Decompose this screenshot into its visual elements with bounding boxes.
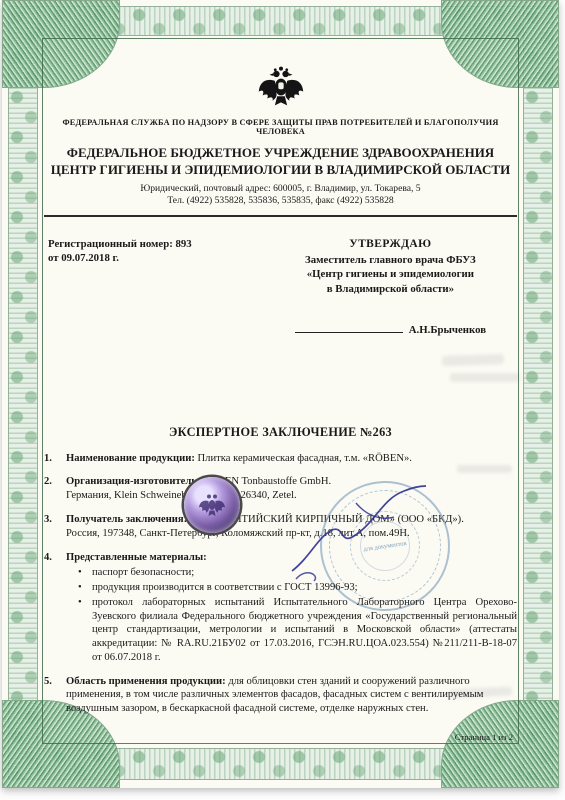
border-band-left — [8, 6, 38, 780]
item-text: Плитка керамическая фасадная, т.м. «RÖBE… — [198, 453, 412, 464]
approval-line3: в Владимирской области» — [264, 282, 517, 297]
item-label: Представленные материалы: — [66, 552, 207, 563]
bullet-item: продукция производится в соответствии с … — [66, 581, 517, 595]
registration-date: от 09.07.2018 г. — [48, 251, 264, 266]
holographic-seal — [184, 477, 240, 533]
materials-bullet-list: паспорт безопасности; продукция производ… — [66, 566, 517, 664]
org-phone: Тел. (4922) 535828, 535836, 535835, факс… — [44, 195, 517, 207]
approval-block: УТВЕРЖДАЮ Заместитель главного врача ФБУ… — [264, 237, 517, 415]
signature-row: А.Н.Брыченков — [264, 323, 517, 338]
handwritten-signature — [286, 467, 446, 582]
approval-word: УТВЕРЖДАЮ — [264, 237, 517, 253]
federal-service-line: ФЕДЕРАЛЬНАЯ СЛУЖБА ПО НАДЗОРУ В СФЕРЕ ЗА… — [44, 118, 517, 136]
item-number: 3. — [44, 513, 66, 541]
bullet-item: паспорт безопасности; — [66, 566, 517, 580]
item-number: 2. — [44, 475, 66, 503]
signatory-name: А.Н.Брыченков — [409, 324, 486, 336]
approval-line1: Заместитель главного врача ФБУЗ — [264, 253, 517, 268]
item-label: Область применения продукции: — [66, 676, 226, 687]
org-name-line2: ЦЕНТР ГИГИЕНЫ И ЭПИДЕМИОЛОГИИ В ВЛАДИМИР… — [44, 162, 517, 179]
registration-block: Регистрационный номер: 893 от 09.07.2018… — [44, 237, 264, 415]
organization-name: ФЕДЕРАЛЬНОЕ БЮДЖЕТНОЕ УЧРЕЖДЕНИЕ ЗДРАВОО… — [44, 145, 517, 179]
item-application-area: 5. Область применения продукции: для обл… — [44, 675, 517, 716]
bullet-item: протокол лабораторных испытаний Испытате… — [66, 596, 517, 665]
header-separator — [44, 215, 517, 217]
item-number: 4. — [44, 551, 66, 665]
certificate-sheet: ФЕДЕРАЛЬНАЯ СЛУЖБА ПО НАДЗОРУ В СФЕРЕ ЗА… — [2, 0, 559, 788]
item-number: 1. — [44, 452, 66, 466]
item-label: Наименование продукции: — [66, 453, 195, 464]
item-materials: 4. Представленные материалы: паспорт без… — [44, 551, 517, 665]
page-indicator: Страница 1 из 2 — [455, 732, 513, 742]
item-number: 5. — [44, 675, 66, 716]
item-label: Организация-изготовитель: — [66, 476, 200, 487]
coat-of-arms-eagle-icon — [255, 64, 307, 110]
org-contacts: Юридический, почтовый адрес: 600005, г. … — [44, 183, 517, 208]
approval-line2: «Центр гигиены и эпидемиологии — [264, 267, 517, 282]
item-label: Получатель заключения: — [66, 514, 187, 525]
seal-eagle-icon — [195, 490, 229, 520]
signature-line — [295, 323, 403, 333]
registration-approval-row: Регистрационный номер: 893 от 09.07.2018… — [44, 237, 517, 415]
registration-number: Регистрационный номер: 893 — [48, 237, 264, 252]
org-name-line1: ФЕДЕРАЛЬНОЕ БЮДЖЕТНОЕ УЧРЕЖДЕНИЕ ЗДРАВОО… — [44, 145, 517, 162]
document-content: ФЕДЕРАЛЬНАЯ СЛУЖБА ПО НАДЗОРУ В СФЕРЕ ЗА… — [44, 40, 517, 742]
document-title: ЭКСПЕРТНОЕ ЗАКЛЮЧЕНИЕ №263 — [44, 425, 517, 440]
border-band-right — [523, 6, 553, 780]
org-address: Юридический, почтовый адрес: 600005, г. … — [44, 183, 517, 195]
item-product-name: 1. Наименование продукции: Плитка керами… — [44, 452, 517, 466]
